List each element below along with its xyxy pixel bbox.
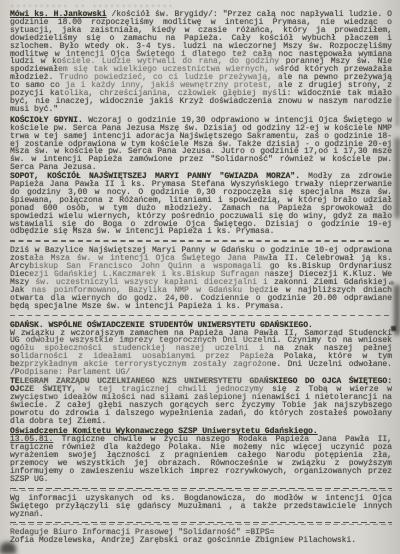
scan-edge-streak: [396, 96, 399, 126]
paragraph-koscioly-gdyni: KOŚCIOŁY GDYNI. Wczoraj o godzinie 19,30…: [10, 117, 392, 172]
section-divider-3: [10, 487, 392, 491]
section-divider-2: [10, 314, 392, 318]
paragraph-muzulmanie: Wg informacji uzyskanych od ks. Bogdanow…: [10, 495, 392, 519]
scan-edge-streak: [394, 285, 400, 335]
paragraph-jankowski-text: /kościół św. Brygidy/: "Przez całą noc n…: [10, 10, 392, 114]
paragraph-sopot-text: Modły za zdrowie Papieża Jana Pawła II i…: [10, 172, 392, 236]
dashed-rule: [10, 488, 392, 491]
scanned-document-page: ·········· ·· ·············· Mówi ks. H.…: [0, 0, 400, 554]
paragraph-szsp-oswiadczenie: 13.05.81. Tragiczne chwile w życiu nasze…: [10, 436, 392, 483]
editorial-names-line: Zofia Modzelewska, Andrzej Zarębski oraz…: [10, 537, 392, 545]
scan-edge-streak: [395, 138, 400, 218]
paragraph-telegram-nzs: TELEGRAM ZARZĄDU UCZELNIANEGO NZS UNIWER…: [10, 378, 392, 425]
dashed-rule: [10, 315, 392, 317]
paragraph-oswiadczenie-studentow: W związku z wczorajszym zamachem na Papi…: [10, 330, 392, 377]
paragraph-studenci-text: W związku z wczorajszym zamachem na Papi…: [10, 329, 392, 378]
paragraph-bazylika-mariacka: Dziś w Bazylice Najświętszej Maryi Panny…: [10, 247, 392, 310]
credit-editors: Zofia Modzelewska, Andrzej Zarębski oraz…: [10, 536, 356, 545]
paragraph-sopot: SOPOT, KOŚCIÓŁ NAJŚWIĘTSZEJ MARYI PANNY …: [10, 173, 392, 236]
section-divider-1: [10, 239, 392, 243]
paragraph-muzulmanie-text: Wg informacji uzyskanych od ks. Bogdanow…: [10, 494, 392, 519]
cutoff-top-line: ·········· ·· ··············: [10, 3, 392, 11]
section-divider-4: [10, 521, 392, 525]
paragraph-bazylika-text: Dziś w Bazylice Najświętszej Maryi Panny…: [10, 246, 392, 310]
dashed-rule: [10, 522, 392, 525]
paragraph-szsp-text: Tragiczne chwile w życiu naszego Rodaka …: [10, 435, 392, 484]
dashed-rule: [10, 240, 392, 242]
paragraph-gdynia-text: Wczoraj o godzinie 19,30 odprawiono w in…: [10, 116, 392, 172]
paragraph-jankowski-quote: Mówi ks. H.Jankowski /kościół św. Brygid…: [10, 11, 392, 114]
